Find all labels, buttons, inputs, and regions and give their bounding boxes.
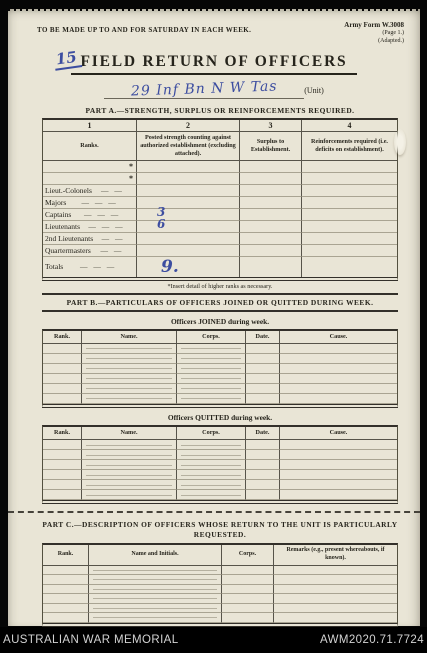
empty-table-row [43, 594, 397, 604]
part-a-footnote: *Insert detail of higher ranks as necess… [42, 283, 398, 290]
rank-label: Lieut.-Colonels [45, 186, 92, 195]
officers-joined-table: Rank. Name. Corps. Date. Cause. [42, 329, 398, 408]
col-number: 3 [239, 120, 301, 132]
officers-quitted-title: Officers QUITTED during week. [42, 413, 398, 422]
part-a-header-row: Ranks. Posted strength counting against … [43, 132, 397, 161]
quitted-header-row: Rank. Name. Corps. Date. Cause. [43, 427, 397, 440]
col-number: 2 [136, 120, 239, 132]
form-page-number: (Page 1.) [344, 30, 404, 38]
empty-table-row [43, 585, 397, 595]
col-header-rank: Rank. [43, 427, 81, 440]
rank-label: Quartermasters [45, 246, 91, 255]
column-number-row: 1 2 3 4 [43, 120, 397, 132]
part-a-heading: PART A.—STRENGTH, SURPLUS OR REINFORCEME… [42, 106, 398, 115]
empty-table-row [43, 566, 397, 576]
scanned-document-view: { "colors": { "paper": "#e9e5d6", "ink":… [0, 0, 427, 653]
col-header-rank: Rank. [43, 545, 88, 566]
part-b-heading: PART B.—PARTICULARS OF OFFICERS JOINED O… [42, 293, 398, 312]
handwritten-unit-name: 29 Inf Bn N W Tas [131, 78, 278, 99]
part-a-row-totals: Totals— — — 9. [43, 257, 397, 277]
col-header-date: Date. [245, 427, 279, 440]
form-number: Army Form W.3008 [344, 21, 404, 30]
officers-joined-title: Officers JOINED during week. [42, 317, 398, 326]
col-number: 1 [43, 120, 136, 132]
part-a-row-quartermasters: Quartermasters— — [43, 245, 397, 257]
col-header-cause: Cause. [279, 331, 397, 344]
unit-field-label: (Unit) [304, 86, 324, 95]
part-c-table: Rank. Name and Initials. Corps. Remarks … [42, 543, 398, 627]
part-a-row-majors: Majors— — — [43, 197, 397, 209]
joined-header-row: Rank. Name. Corps. Date. Cause. [43, 331, 397, 344]
empty-table-row [43, 480, 397, 490]
rank-label: Majors [45, 198, 66, 207]
empty-table-row [43, 344, 397, 354]
handwritten-serial-number: 15 [53, 47, 82, 71]
col-header-cause: Cause. [279, 427, 397, 440]
perforation-line [8, 511, 420, 513]
empty-table-row [43, 490, 397, 500]
empty-table-row [43, 364, 397, 374]
form-page: TO BE MADE UP TO AND FOR SATURDAY IN EAC… [8, 9, 420, 626]
footnote-marker: * [129, 174, 133, 183]
part-a-row-lieutenants: Lieutenants— — — 6 [43, 221, 397, 233]
empty-table-row [43, 354, 397, 364]
unit-line: 29 Inf Bn N W Tas(Unit) [8, 80, 420, 102]
empty-table-row [43, 394, 397, 404]
empty-table-row [43, 575, 397, 585]
part-a-row-2nd-lieutenants: 2nd Lieutenants— — [43, 233, 397, 245]
col-header-name: Name. [81, 427, 176, 440]
col-number: 4 [301, 120, 397, 132]
footnote-marker: * [129, 162, 133, 171]
part-a-table: 1 2 3 4 Ranks. Posted strength counting … [42, 118, 398, 281]
col-header-date: Date. [245, 331, 279, 344]
empty-table-row [43, 450, 397, 460]
form-adapted-note: (Adapted.) [344, 38, 404, 46]
col-header-posted-strength: Posted strength counting against authori… [136, 132, 239, 161]
weekly-instruction-note: TO BE MADE UP TO AND FOR SATURDAY IN EAC… [37, 21, 251, 46]
archive-caption-bar: AUSTRALIAN WAR MEMORIAL AWM2020.71.7724 [0, 627, 427, 653]
rank-label: Captains [45, 210, 71, 219]
col-header-name-initials: Name and Initials. [88, 545, 221, 566]
empty-table-row [43, 470, 397, 480]
col-header-rank: Rank. [43, 331, 81, 344]
empty-table-row [43, 604, 397, 614]
form-identifier: Army Form W.3008 (Page 1.) (Adapted.) [344, 21, 404, 46]
page-title: FIELD RETURN OF OFFICERS [71, 53, 358, 75]
empty-table-row [43, 384, 397, 394]
rank-label: 2nd Lieutenants [45, 234, 93, 243]
part-a-row-extra-1: * [43, 161, 397, 173]
rank-label: Lieutenants [45, 222, 80, 231]
handwritten-totals-count: 9. [161, 259, 179, 276]
col-header-remarks: Remarks (e.g., present whereabouts, if k… [273, 545, 397, 566]
part-a-row-extra-2: * [43, 173, 397, 185]
totals-label: Totals [45, 262, 63, 271]
part-a-row-lieut-colonels: Lieut.-Colonels— — [43, 185, 397, 197]
archive-institution: AUSTRALIAN WAR MEMORIAL [3, 634, 179, 646]
empty-table-row [43, 460, 397, 470]
col-header-corps: Corps. [221, 545, 273, 566]
col-header-ranks: Ranks. [43, 132, 136, 161]
archive-accession-number: AWM2020.71.7724 [320, 634, 424, 646]
empty-table-row [43, 613, 397, 623]
part-c-header-row: Rank. Name and Initials. Corps. Remarks … [43, 545, 397, 566]
empty-table-row [43, 374, 397, 384]
col-header-corps: Corps. [176, 331, 245, 344]
empty-table-row [43, 440, 397, 450]
col-header-surplus: Surplus to Establishment. [239, 132, 301, 161]
col-header-name: Name. [81, 331, 176, 344]
col-header-reinforcements: Reinforcements required (i.e. deficits o… [301, 132, 397, 161]
officers-quitted-table: Rank. Name. Corps. Date. Cause. [42, 425, 398, 504]
part-c-heading: PART C.—DESCRIPTION OF OFFICERS WHOSE RE… [42, 520, 398, 540]
col-header-corps: Corps. [176, 427, 245, 440]
form-header: TO BE MADE UP TO AND FOR SATURDAY IN EAC… [37, 21, 404, 46]
part-a-row-captains: Captains— — — 3 [43, 209, 397, 221]
handwritten-lieutenants-count: 6 [157, 218, 165, 230]
